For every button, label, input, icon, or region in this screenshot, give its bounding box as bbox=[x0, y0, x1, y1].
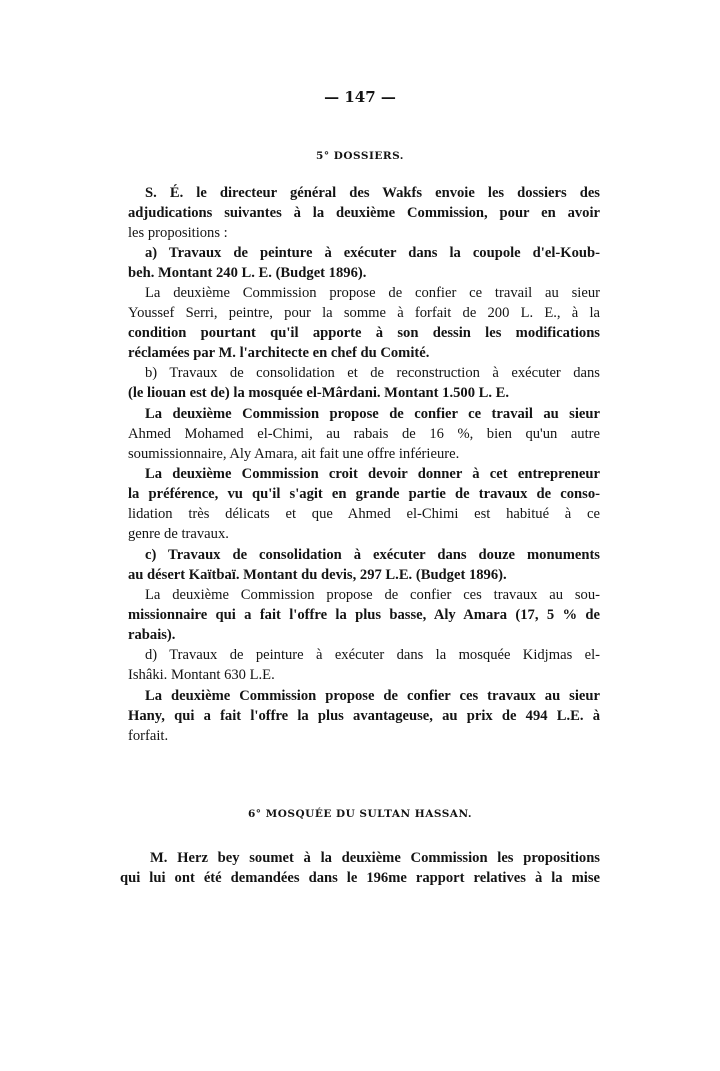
text-line: c) Travaux de consolidation à exécuter d… bbox=[145, 545, 600, 565]
section-heading-sultan-hassan: 6° MOSQUÉE DU SULTAN HASSAN. bbox=[0, 808, 720, 820]
text-line: qui lui ont été demandées dans le 196me … bbox=[120, 868, 600, 888]
page-number: — 147 — bbox=[0, 88, 720, 106]
text-line: La deuxième Commission propose de confie… bbox=[145, 404, 600, 424]
text-line: b) Travaux de consolidation et de recons… bbox=[145, 363, 600, 383]
text-line: Ahmed Mohamed el-Chimi, au rabais de 16 … bbox=[128, 424, 600, 444]
text-line: La deuxième Commission propose de confie… bbox=[145, 585, 600, 605]
text-line: la préférence, vu qu'il s'agit en grande… bbox=[128, 484, 600, 504]
text-line: beh. Montant 240 L. E. (Budget 1896). bbox=[128, 263, 600, 283]
text-line: réclamées par M. l'architecte en chef du… bbox=[128, 343, 600, 363]
text-line: genre de travaux. bbox=[128, 524, 600, 544]
text-line: La deuxième Commission propose de confie… bbox=[145, 686, 600, 706]
text-line: Youssef Serri, peintre, pour la somme à … bbox=[128, 303, 600, 323]
text-line: lidation très délicats et que Ahmed el-C… bbox=[128, 504, 600, 524]
text-line: forfait. bbox=[128, 726, 600, 746]
text-line: missionnaire qui a fait l'offre la plus … bbox=[128, 605, 600, 625]
text-line: adjudications suivantes à la deuxième Co… bbox=[128, 203, 600, 223]
text-line: rabais). bbox=[128, 625, 600, 645]
text-line: Hany, qui a fait l'offre la plus avantag… bbox=[128, 706, 600, 726]
text-line: les propositions : bbox=[128, 223, 600, 243]
text-line: condition pourtant qu'il apporte à son d… bbox=[128, 323, 600, 343]
text-line: S. É. le directeur général des Wakfs env… bbox=[145, 183, 600, 203]
text-line: au désert Kaïtbaï. Montant du devis, 297… bbox=[128, 565, 600, 585]
text-line: La deuxième Commission propose de confie… bbox=[145, 283, 600, 303]
text-line: a) Travaux de peinture à exécuter dans l… bbox=[145, 243, 600, 263]
text-line: La deuxième Commission croit devoir donn… bbox=[145, 464, 600, 484]
text-line: (le liouan est de) la mosquée el-Mârdani… bbox=[128, 383, 600, 403]
text-line: soumissionnaire, Aly Amara, ait fait une… bbox=[128, 444, 600, 464]
text-line: M. Herz bey soumet à la deuxième Commiss… bbox=[150, 848, 600, 868]
text-line: Ishâki. Montant 630 L.E. bbox=[128, 665, 600, 685]
text-line: d) Travaux de peinture à exécuter dans l… bbox=[145, 645, 600, 665]
section-heading-dossiers: 5° DOSSIERS. bbox=[0, 150, 720, 162]
